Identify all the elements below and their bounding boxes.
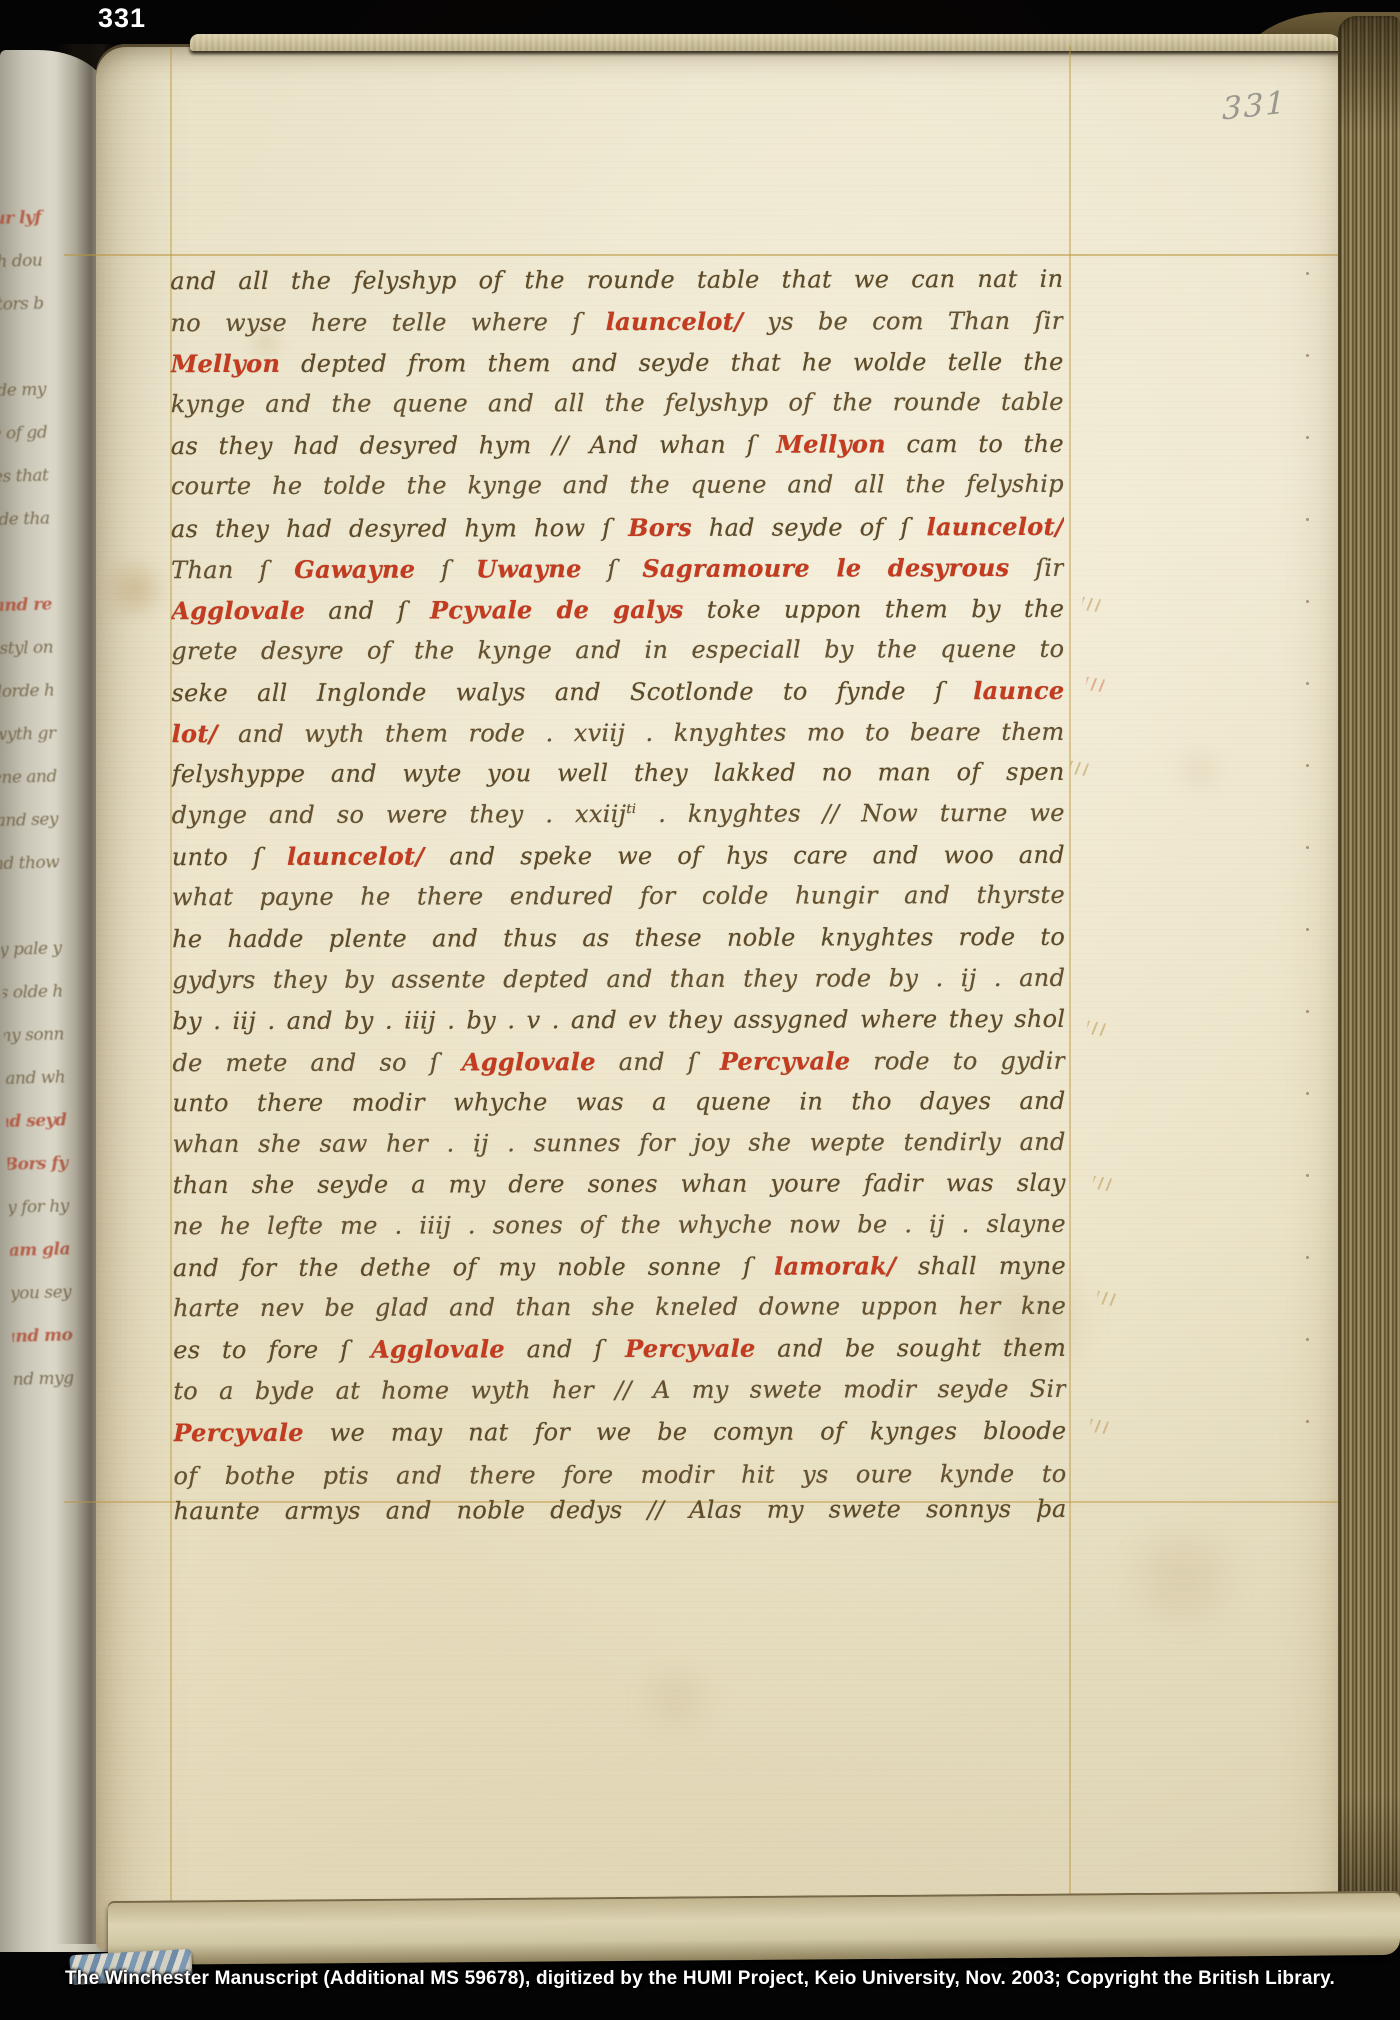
- pricking-dot: [1306, 436, 1309, 439]
- caption: The Winchester Manuscript (Additional MS…: [0, 1966, 1400, 1992]
- book-photo: lot on our lyffe bryngh dououre fuctors …: [0, 0, 1400, 2020]
- ink-text: haunte armys and noble dedys // Alas my …: [174, 1495, 1067, 1525]
- gutter-fragment: of conforde my: [0, 380, 46, 403]
- gutter-fragment: hp and lorde h: [0, 680, 55, 703]
- rubric-text: Pcyvale de galys: [430, 595, 684, 625]
- ink-text: courte he tolde the kynge and the quene …: [171, 470, 1064, 500]
- manuscript-line: what payne he there endured for colde hu…: [172, 881, 1065, 924]
- margin-mark: [1096, 1291, 1116, 1306]
- margin-mark: [1081, 597, 1101, 612]
- ink-text: grete desyre of the kynge and in especia…: [171, 635, 1064, 665]
- ink-text: . knyghtes // Now turne we: [636, 799, 1064, 828]
- ink-text: Than ſ: [171, 556, 294, 584]
- rubric-text: Percyvale: [173, 1417, 304, 1446]
- folio-number-pencil: 331: [1222, 84, 1287, 127]
- rubric-text: Percyvale: [625, 1334, 756, 1363]
- ink-text: as they had desyred hym // And whan ſ: [171, 431, 777, 461]
- margin-mark: [1085, 677, 1105, 692]
- ink-text: depted from them and seyde that he wolde…: [280, 348, 1063, 378]
- head-page-edges: [190, 34, 1342, 51]
- gutter-fragment: ppon Glode tha: [0, 509, 50, 532]
- ink-text: shall myne: [896, 1252, 1066, 1280]
- fore-edge-page-stack: [1338, 16, 1400, 1950]
- page-number-label: 331: [98, 3, 146, 34]
- ink-text: by . iij . and by . iiij . by . v . and …: [172, 1005, 1065, 1035]
- ink-text: and wyth them rode . xviij . knyghtes mo…: [218, 718, 1065, 748]
- ink-text: dynge and so were they . xxiij: [172, 800, 627, 829]
- pricking-dot: [1306, 1256, 1309, 1259]
- rubric-text: Mellyon: [776, 430, 886, 459]
- pricking-dot: [1306, 518, 1309, 521]
- gutter-fragment: s the castyl on: [0, 637, 53, 660]
- pricking-dot: [1306, 764, 1309, 767]
- ink-text: ti: [626, 802, 636, 817]
- manuscript-line: unto ſ launcelot/ and speke we of hys ca…: [172, 840, 1065, 883]
- pricking-dot: [1306, 1010, 1309, 1013]
- pricking-dot: [1306, 1092, 1309, 1095]
- ink-text: ſ: [582, 555, 643, 583]
- ink-text: ys be com Than ſir: [743, 307, 1063, 336]
- manuscript-line: seke all Inglonde walys and Scotlonde to…: [171, 676, 1064, 719]
- ink-text: cam to the: [886, 430, 1064, 458]
- rubric-text: launcelot/: [287, 842, 425, 871]
- gutter-fragment: thal they pale y: [0, 938, 62, 961]
- ink-text: as they had desyred hym how ſ: [171, 514, 628, 543]
- pricking-dot: [1306, 1338, 1309, 1341]
- manuscript-line: es to fore ſ Agglovale and ſ Percyvale a…: [173, 1333, 1066, 1376]
- rubric-text: Sagramoure le desyrous: [642, 553, 1009, 583]
- pricking-dot: [1306, 600, 1309, 603]
- gutter-fragment: hond and sey: [0, 809, 58, 832]
- ink-text: to a byde at home wyth her // A my swete…: [173, 1374, 1066, 1404]
- ink-text: we may nat for we be comyn of kynges blo…: [304, 1416, 1067, 1446]
- gutter-fragment: lot on our lyf: [0, 208, 41, 231]
- ink-text: ne he lefte me . iiij . sones of the why…: [173, 1210, 1066, 1240]
- pricking-dot: [1306, 1174, 1309, 1177]
- ink-text: what payne he there endured for colde hu…: [172, 881, 1065, 911]
- rubric-text: Mellyon: [171, 349, 281, 378]
- rubric-text: launcelot/: [927, 511, 1065, 540]
- ink-text: toke uppon them by the: [684, 595, 1065, 624]
- manuscript-line: grete desyre of the kynge and in especia…: [171, 635, 1064, 678]
- margin-mark: [1092, 1176, 1112, 1191]
- gutter-fragment: antyl nes that: [0, 466, 49, 489]
- gutter-fragment: the quene and: [0, 766, 57, 789]
- manuscript-line: courte he tolde the kynge and the quene …: [171, 470, 1064, 513]
- manuscript-line: ne he lefte me . iiij . sones of the why…: [173, 1210, 1066, 1253]
- ink-text: gydyrs they by assente depted and than t…: [172, 963, 1065, 993]
- ink-text: whan she saw her . ij . sunnes for joy s…: [173, 1128, 1066, 1158]
- ruling-line-top: [64, 254, 1348, 256]
- gutter-fragment: dyr and thow: [0, 852, 59, 875]
- ink-text: and speke we of hys care and woo and: [424, 841, 1065, 871]
- manuscript-line: Than ſ Gawayne ſ Uwayne ſ Sagramoure le …: [171, 552, 1064, 595]
- ink-text: ſir: [1009, 553, 1064, 581]
- rubric-text: Bors: [628, 512, 692, 541]
- margin-mark: [1069, 761, 1089, 776]
- pricking-dot: [1306, 846, 1309, 849]
- ink-text: ſ: [415, 555, 476, 583]
- ink-text: no wyse here telle where ſ: [170, 308, 605, 337]
- gutter-fragment: aske my sonn: [0, 1024, 64, 1047]
- gutter-fragment: and wes olde h: [0, 981, 63, 1004]
- ink-text: felyshyppe and wyte you well they lakked…: [172, 758, 1065, 788]
- gutter-fragment: to spede of gd: [0, 423, 47, 446]
- manuscript-line: no wyse here telle where ſ launcelot/ ys…: [170, 306, 1063, 349]
- ink-text: harte nev be glad and than she kneled do…: [173, 1292, 1066, 1322]
- rubric-text: launcelot/: [606, 307, 744, 336]
- manuscript-line: than she seyde a my dere sones whan your…: [173, 1169, 1066, 1212]
- ink-text: and be sought them: [756, 1334, 1067, 1363]
- rubric-text: Uwayne: [476, 554, 582, 583]
- manuscript-line: haunte armys and noble dedys // Alas my …: [174, 1492, 1067, 1529]
- ink-text: of bothe ptis and there fore modir hit y…: [173, 1460, 1066, 1490]
- manuscript-line: Percyvale we may nat for we be comyn of …: [173, 1415, 1066, 1458]
- ink-text: es to fore ſ: [173, 1336, 371, 1365]
- ruling-line-right: [1069, 46, 1071, 1946]
- manuscript-line: whan she saw her . ij . sunnes for joy s…: [173, 1128, 1066, 1171]
- ink-text: had seyde of ſ: [692, 513, 927, 542]
- gutter-fragment: fro me wyth gr: [0, 723, 56, 746]
- manuscript-line: de mete and so ſ Agglovale and ſ Percyva…: [172, 1046, 1065, 1089]
- gutter-fragment: gornell and re: [0, 595, 52, 619]
- manuscript-line: Agglovale and ſ Pcyvale de galys toke up…: [171, 594, 1064, 637]
- ink-text: seke all Inglonde walys and Scotlonde to…: [171, 677, 973, 707]
- rubric-text: Agglovale: [371, 1335, 505, 1364]
- ink-text: and all the felyshyp of the rounde table…: [170, 265, 1063, 295]
- rubric-text: launce: [973, 676, 1064, 705]
- pricking-dot: [1306, 1420, 1309, 1423]
- ink-text: de mete and so ſ: [172, 1048, 462, 1077]
- ink-text: unto there modir whyche was a quene in t…: [173, 1087, 1066, 1117]
- ink-text: and ſ: [305, 596, 430, 624]
- manuscript-line: he hadde plente and thus as these noble …: [172, 922, 1065, 965]
- gutter-fragment: oure fuctors b: [0, 294, 44, 317]
- pricking-dot: [1306, 682, 1309, 685]
- gutter-fragment: fe bryngh dou: [0, 251, 43, 274]
- rubric-text: Agglovale: [171, 596, 305, 625]
- ink-text: rode to gydir: [850, 1047, 1065, 1076]
- manuscript-line: lot/ and wyth them rode . xviij . knyght…: [172, 717, 1065, 760]
- rubric-text: lamorak/: [774, 1252, 896, 1281]
- manuscript-line: and for the dethe of my noble sonne ſ la…: [173, 1251, 1066, 1294]
- pricking-dot: [1306, 272, 1309, 275]
- rubric-text: Percyvale: [720, 1046, 851, 1075]
- manuscript-text-block: and all the felyshyp of the rounde table…: [170, 265, 1066, 1529]
- foot-page-edges: [108, 1891, 1400, 1965]
- ink-text: and ſ: [505, 1335, 625, 1363]
- manuscript-line: unto there modir whyche was a quene in t…: [173, 1087, 1066, 1130]
- ink-text: unto ſ: [172, 843, 287, 871]
- manuscript-line: Mellyon depted from them and seyde that …: [171, 347, 1064, 390]
- ink-text: and for the dethe of my noble sonne ſ: [173, 1253, 774, 1283]
- manuscript-line: of bothe ptis and there fore modir hit y…: [173, 1457, 1066, 1494]
- manuscript-line: dynge and so were they . xxiijti . knygh…: [172, 799, 1065, 842]
- manuscript-line: as they had desyred hym how ſ Bors had s…: [171, 511, 1064, 554]
- ink-text: and ſ: [596, 1048, 720, 1076]
- manuscript-line: as they had desyred hym // And whan ſ Me…: [171, 429, 1064, 472]
- manuscript-line: to a byde at home wyth her // A my swete…: [173, 1374, 1066, 1417]
- rubric-text: lot/: [172, 719, 218, 748]
- manuscript-line: by . iij . and by . iiij . by . v . and …: [172, 1005, 1065, 1048]
- margin-mark: [1086, 1021, 1106, 1036]
- manuscript-line: harte nev be glad and than she kneled do…: [173, 1292, 1066, 1335]
- pricking-dot: [1306, 354, 1309, 357]
- rubric-text: Gawayne: [294, 554, 415, 583]
- ink-text: than she seyde a my dere sones whan your…: [173, 1169, 1066, 1199]
- ink-text: kynge and the quene and all the felyshyp…: [171, 388, 1064, 418]
- manuscript-line: kynge and the quene and all the felyshyp…: [171, 388, 1064, 431]
- manuscript-line: gydyrs they by assente depted and than t…: [172, 963, 1065, 1006]
- rubric-text: Agglovale: [462, 1047, 596, 1076]
- manuscript-line: and all the felyshyp of the rounde table…: [170, 265, 1063, 308]
- ink-text: he hadde plente and thus as these noble …: [172, 922, 1065, 952]
- pricking-dot: [1306, 928, 1309, 931]
- margin-mark: [1089, 1419, 1109, 1434]
- manuscript-line: felyshyppe and wyte you well they lakked…: [172, 758, 1065, 801]
